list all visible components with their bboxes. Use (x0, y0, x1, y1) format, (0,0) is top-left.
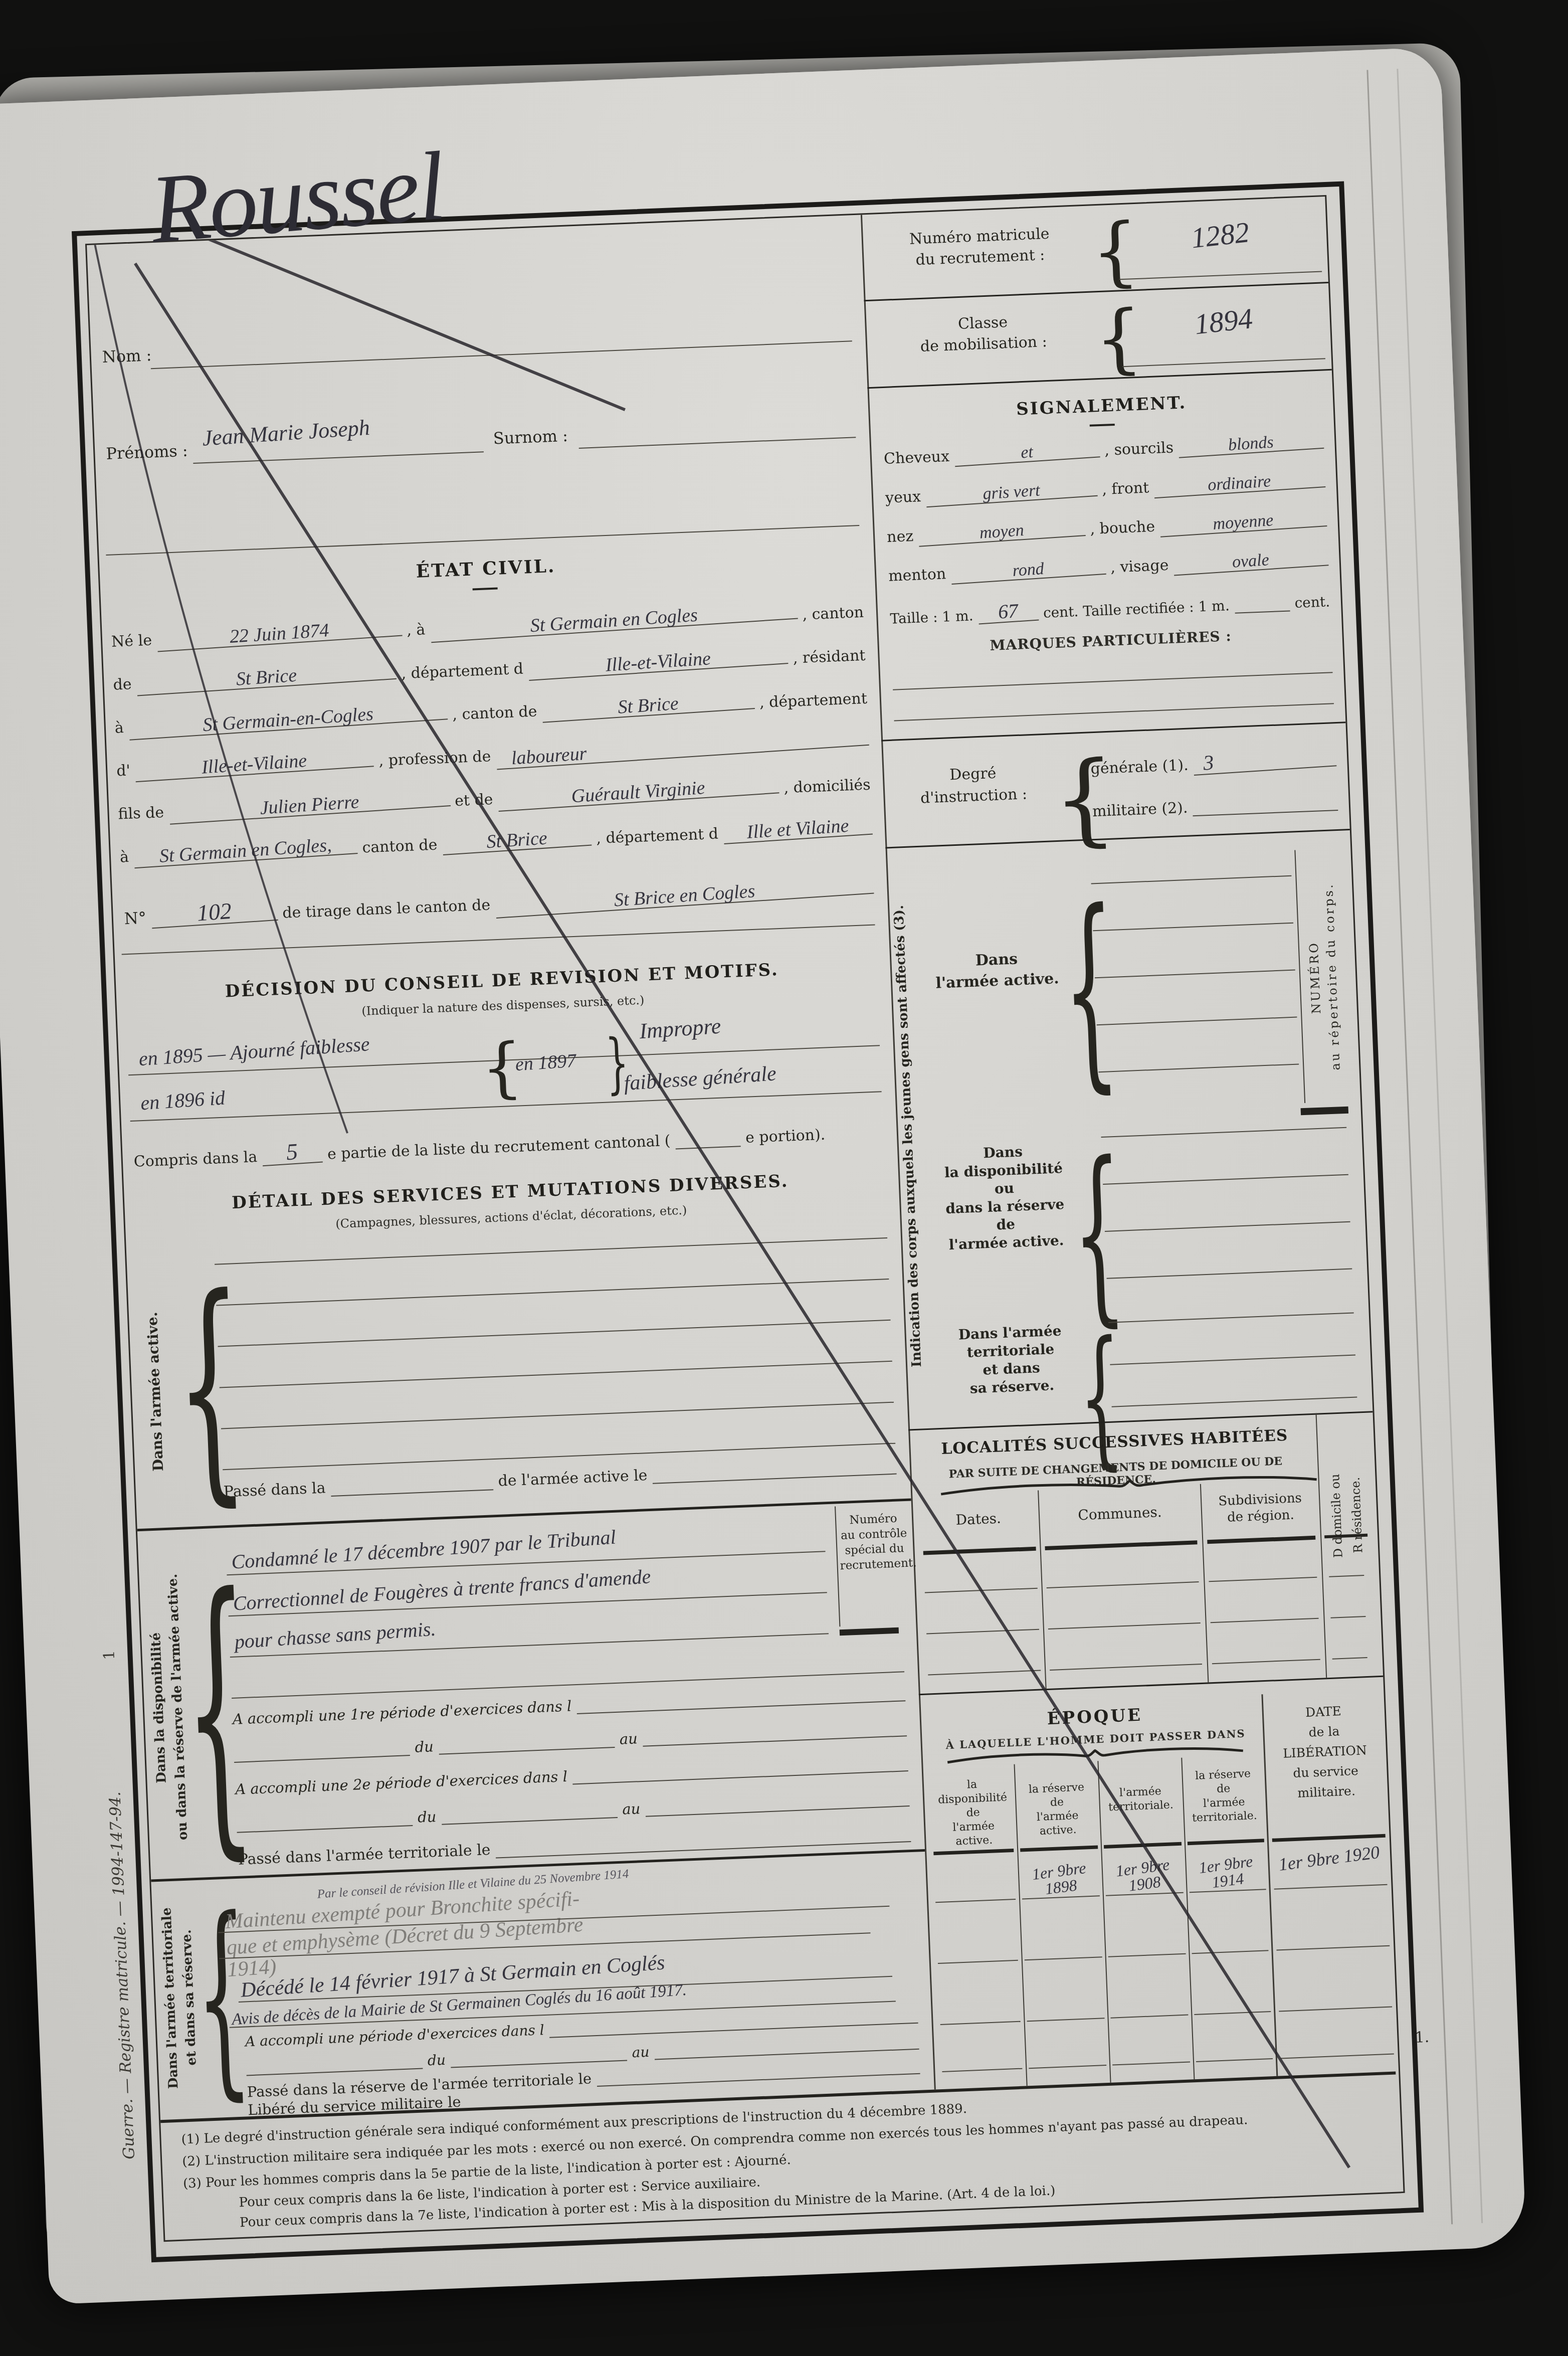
nez-value: moyen (918, 518, 1085, 547)
spine-page-number: 1 (100, 1635, 119, 1675)
signalement-row-taille: Taille : 1 m. 67 cent. Taille rectifiée … (890, 589, 1330, 627)
condamnation-line-1: Condamné le 17 décembre 1907 par le Trib… (231, 1527, 616, 1572)
civil-print: , département (759, 690, 867, 711)
localites-row-line (1048, 1622, 1201, 1629)
civil-print: , département d (596, 825, 719, 848)
militaire-value (1193, 810, 1338, 816)
epoque-header-bar (1272, 1834, 1386, 1842)
departement-value: Ille-et-Vilaine (528, 644, 789, 681)
localites-header-bar (1045, 1540, 1197, 1550)
nom-line (151, 340, 852, 369)
tirage-line: N° 102 de tirage dans le canton de St Br… (124, 875, 874, 929)
civil-line-1: Né le 22 Juin 1874 , à St Germain en Cog… (111, 601, 864, 651)
au-label: au (622, 1800, 641, 1818)
epoque-row-line (1029, 2065, 1106, 2069)
cheveux-label: Cheveux (883, 448, 949, 468)
decision-1895: en 1895 — Ajourné faiblesse (138, 1034, 370, 1069)
civil-print: canton de (362, 836, 438, 857)
instruction-militaire-row: militaire (2). (1092, 793, 1338, 820)
localites-row-line (1211, 1618, 1319, 1623)
tirage-print: de tirage dans le canton de (282, 896, 491, 922)
localites-row-line (926, 1629, 1039, 1635)
affect-groupe2-brace (1069, 1137, 1127, 1330)
prenoms-line (193, 451, 484, 464)
periode3-print: A accompli une période d'exercices dans … (245, 2022, 544, 2050)
localites-header-bar (1207, 1536, 1315, 1544)
civil-print: , profession de (378, 748, 491, 770)
epoque-row-line (1110, 2015, 1188, 2019)
epoque-row-line (1027, 2018, 1105, 2022)
epoque-row-line (1192, 1950, 1269, 1954)
periode2-row: A accompli une 2e période d'exercices da… (235, 1754, 908, 1798)
canton-value: St Brice (136, 659, 397, 696)
classe-value: 1894 (1127, 297, 1320, 346)
civil-print: , domiciliés (783, 776, 871, 797)
passe-armee-active-row: Passé dans la de l'armée active le (223, 1457, 896, 1501)
tiret (473, 587, 498, 590)
tirage-canton: St Brice en Cogles (495, 874, 874, 919)
localites-row-line (1212, 1659, 1320, 1664)
compris-partie-value: 5 (261, 1139, 323, 1167)
affect-groupe1-brace (1059, 883, 1121, 1096)
controle-label: Numéro au contrôle spécial du recrutemen… (838, 1511, 911, 1573)
decision-1897: en 1897 (515, 1051, 577, 1074)
service-line (218, 1320, 891, 1347)
departement-value: Ille-et-Vilaine (135, 747, 374, 782)
passe-print: Passé dans la (223, 1479, 326, 1501)
mother-value: Guérault Virginie (497, 773, 779, 812)
du-label: du (427, 2052, 446, 2069)
compris-print: e portion). (745, 1126, 826, 1147)
prenoms-label: Prénoms : (106, 441, 188, 463)
bloc-divider (137, 1498, 911, 1531)
localites-col-dates: Dates. (922, 1509, 1035, 1530)
periode1-row: A accompli une 1re période d'exercices d… (232, 1684, 905, 1728)
epoque-row-line (1112, 2061, 1190, 2065)
marques-label: MARQUES PARTICULIÈRES : (885, 624, 1336, 658)
epoque-col4-label: la réserve de l'armée territoriale. (1183, 1766, 1264, 1826)
affect-groupe2-label: Dans la disponibilité ou dans la réserve… (932, 1141, 1077, 1254)
tiret (1090, 424, 1115, 427)
affect-groupe1-label: Dans l'armée active. (930, 947, 1064, 994)
surnom-label: Surnom : (493, 426, 568, 448)
bouche-label: , bouche (1090, 518, 1155, 538)
affect-line (1105, 1221, 1350, 1232)
localites-col-communes: Communes. (1042, 1502, 1198, 1525)
father-value: Julien Pierre (168, 786, 450, 825)
civil-print: , à (407, 621, 426, 639)
au-label: au (619, 1730, 638, 1747)
affect-line (1103, 1174, 1348, 1185)
sourcils-label: , sourcils (1104, 439, 1174, 459)
periode1-blank (577, 1700, 906, 1714)
bloc1-label: Dans l'armée active. (143, 1306, 166, 1477)
blank (496, 1841, 911, 1859)
epoque-header-bar (1020, 1845, 1098, 1852)
surnom-line (579, 437, 856, 449)
civil-line-4: d' Ille-et-Vilaine , profession de labou… (116, 731, 869, 780)
repertoire-bar (1301, 1107, 1348, 1116)
periode2-print: A accompli une 2e période d'exercices da… (235, 1768, 568, 1798)
blank-line (122, 924, 875, 955)
affect-line (1095, 970, 1295, 979)
compris-print: Compris dans la (133, 1148, 258, 1171)
taille-value: 67 (977, 600, 1039, 625)
civil-print: à (119, 848, 129, 866)
localites-row-line (1050, 1664, 1202, 1671)
affect-line (1110, 1354, 1355, 1365)
epoque-row-line (938, 1960, 1018, 1964)
visage-value: ovale (1173, 548, 1328, 576)
civil-line-3: à St Germain-en-Cogles , canton de St Br… (114, 687, 867, 737)
localites-col-subdivisions: Subdivisions de région. (1204, 1490, 1317, 1527)
localites-col-domicile: D domicile ou R résidence. (1324, 1449, 1369, 1581)
civil-print: , canton de (452, 703, 537, 724)
classe-line (1122, 358, 1325, 367)
localites-row-line (1330, 1616, 1365, 1618)
civil-line-6: à St Germain en Cogles, canton de St Bri… (119, 817, 872, 866)
compris-print: e partie de la liste du recrutement cant… (327, 1132, 671, 1163)
yeux-label: yeux (885, 488, 921, 507)
civil-print: de (113, 675, 132, 693)
affect-line (1108, 1313, 1354, 1323)
residence-value: St Germain-en-Cogles (128, 699, 448, 741)
passe-print: de l'armée active le (498, 1467, 648, 1490)
blank (643, 1735, 907, 1747)
register-page: Guerre. — Registre matricule. — 1994-147… (0, 47, 1526, 2304)
au-label: au (632, 2044, 650, 2061)
civil-line-5: fils de Julien Pierre et de Guérault Vir… (118, 774, 871, 823)
canton-value: St Brice (442, 826, 592, 855)
epoque-row-line (935, 1899, 1016, 1903)
blank (234, 1755, 410, 1763)
affect-line (1091, 875, 1292, 884)
civil-print: Né le (111, 632, 152, 651)
condamnation-line-3: pour chasse sans permis. (234, 1619, 436, 1652)
blank (439, 1747, 615, 1755)
epoque-date-label: DATE de la LIBÉRATION du service militai… (1267, 1700, 1383, 1804)
signalement-row-nez: nez moyen , bouche moyenne (886, 510, 1327, 546)
birthdate-value: 22 Juin 1874 (156, 616, 402, 652)
civil-print: d' (116, 762, 131, 780)
affect-line (1101, 1127, 1346, 1138)
taille-rect-label: cent. Taille rectifiée : 1 m. (1043, 597, 1230, 621)
yeux-value: gris vert (925, 478, 1097, 507)
periode2-dates-row: du au (236, 1789, 909, 1833)
front-label: , front (1102, 479, 1149, 498)
instruction-generale-row: générale (1). 3 (1090, 746, 1336, 778)
epoque-reserve-active-value: 1er 9bre 1898 (1018, 1858, 1102, 1900)
domicile-value: St Germain en Cogles, (133, 834, 358, 868)
liberation-date-value: 1er 9bre 1920 (1272, 1842, 1386, 1874)
compris-portion-value (676, 1146, 741, 1149)
blank (442, 1817, 618, 1825)
service-line (221, 1402, 894, 1429)
periode2-blank (572, 1770, 908, 1784)
bloc1-brace (171, 1266, 249, 1509)
militaire-label: militaire (2). (1092, 799, 1188, 820)
matricule-form: Roussel Nom : Prénoms : Jean Marie Josep… (85, 195, 1405, 2242)
menton-value: rond (950, 557, 1106, 585)
epoque-col1-label: la disponibilité de l'armée active. (931, 1776, 1015, 1850)
periode1-dates-row: du au (234, 1719, 907, 1763)
localites-row-line (1209, 1577, 1317, 1582)
menton-label: menton (888, 565, 946, 585)
civil-print: à (114, 719, 124, 737)
repertoire-label: NUMÉRO au répertoire du corps. (1302, 853, 1345, 1100)
visage-label: , visage (1110, 557, 1169, 577)
signalement-row-yeux: yeux gris vert , front ordinaire (885, 472, 1325, 507)
generale-value: 3 (1193, 744, 1336, 776)
du-label: du (417, 1808, 437, 1826)
passe-territoriale-row: Passé dans l'armée territoriale le (238, 1825, 911, 1869)
service-line (215, 1237, 887, 1265)
epoque-header-bar (933, 1849, 1014, 1855)
section-divider (881, 721, 1345, 741)
profession-value: laboureur (495, 726, 869, 770)
sourcils-value: blonds (1178, 431, 1324, 458)
blank (646, 1805, 910, 1817)
localites-header-bar (923, 1547, 1036, 1555)
classe-label: Classe de mobilisation : (872, 308, 1094, 359)
epoque-territoriale-value: 1er 9bre 1908 (1102, 1855, 1186, 1897)
civil-line-2: de St Brice , département d Ille-et-Vila… (113, 644, 866, 694)
affectation-side-label: Indication des corps auxquels les jeunes… (889, 858, 926, 1414)
affect-line (1112, 1396, 1357, 1407)
epoque-row-line (940, 2021, 1021, 2025)
passe-terr-print: Passé dans l'armée territoriale le (238, 1841, 491, 1869)
instruction-label: Degré d'instruction : (897, 761, 1049, 811)
signalement-row-cheveux: Cheveux et , sourcils blonds (883, 433, 1324, 468)
taille-label: Taille : 1 m. (890, 607, 973, 627)
civil-print: , canton (802, 604, 864, 624)
tirage-print: N° (124, 908, 146, 928)
taille-rect-value (1235, 610, 1290, 613)
service-line (220, 1361, 892, 1388)
affect-line (1107, 1268, 1352, 1279)
affect-line (1093, 923, 1293, 932)
nom-label: Nom : (102, 345, 152, 367)
bouche-value: moyenne (1159, 508, 1327, 537)
blank-line (893, 672, 1332, 690)
affect-line (1098, 1063, 1299, 1072)
canton-value: St Brice (541, 689, 755, 723)
civil-print: , département d (401, 660, 524, 683)
signalement-title: SIGNALEMENT. (876, 387, 1327, 425)
civil-print: et de (455, 791, 494, 810)
civil-print: , résidant (793, 647, 866, 667)
epoque-row-line (1194, 2011, 1271, 2015)
cheveux-value: et (954, 439, 1100, 467)
epoque-row-line (1281, 2054, 1394, 2059)
matricule-line (1119, 271, 1322, 280)
departement-value: Ille et Vilaine (723, 815, 873, 844)
front-value: ordinaire (1153, 469, 1325, 498)
decision-impropre: Impropre (639, 1015, 721, 1043)
matricule-value: 1282 (1124, 211, 1316, 260)
epoque-row-line (1276, 1945, 1390, 1951)
du-label: du (415, 1738, 434, 1755)
prenoms-value: Jean Marie Joseph (202, 417, 370, 450)
epoque-row-line (1025, 1956, 1102, 1960)
localites-row-line (928, 1670, 1041, 1676)
affect-line (1097, 1017, 1297, 1026)
epoque-row-line (1196, 2058, 1273, 2062)
localites-row-line (925, 1588, 1038, 1593)
periode1-print: A accompli une 1re période d'exercices d… (232, 1697, 572, 1728)
compris-row: Compris dans la 5 e partie de la liste d… (133, 1117, 881, 1170)
epoque-col2-label: la réserve de l'armée active. (1016, 1780, 1098, 1839)
service-line (216, 1279, 889, 1306)
name-signature: Roussel (146, 130, 448, 266)
cent-label: cent. (1294, 593, 1330, 611)
birthplace-value: St Germain en Cogles (430, 599, 798, 643)
generale-label: générale (1). (1090, 757, 1189, 778)
affect-groupe3-label: Dans l'armée territoriale et dans sa rés… (939, 1321, 1082, 1399)
passe-blank (331, 1489, 493, 1497)
signalement-row-menton: menton rond , visage ovale (888, 550, 1329, 585)
blank (237, 1825, 413, 1833)
epoque-header-bar (1188, 1839, 1264, 1845)
epoque-row-line (1108, 1953, 1186, 1957)
passe-date-blank (653, 1474, 897, 1484)
nez-label: nez (887, 527, 914, 546)
blank (247, 2068, 423, 2076)
epoque-row-line (1279, 2007, 1392, 2012)
epoque-header-bar (1104, 1842, 1182, 1849)
decision-faiblesse: faiblesse générale (623, 1063, 777, 1094)
localites-row-line (1332, 1657, 1367, 1660)
epoque-reserve-terr-value: 1er 9bre 1914 (1186, 1852, 1268, 1893)
epoque-row-line (942, 2068, 1022, 2072)
civil-print: fils de (118, 804, 164, 823)
controle-bar (840, 1627, 899, 1636)
matricule-label: Numéro matricule du recrutement : (869, 222, 1091, 273)
blank-line (894, 703, 1334, 721)
epoque-col3-label: l'armée territoriale. (1100, 1784, 1181, 1815)
decision-1896: en 1896 id (140, 1088, 226, 1113)
localites-row-line (1047, 1581, 1199, 1588)
blank (451, 2060, 627, 2068)
section-divider (919, 1676, 1383, 1695)
tirage-number: 102 (150, 896, 278, 929)
epoque-row-line (1274, 1884, 1388, 1890)
